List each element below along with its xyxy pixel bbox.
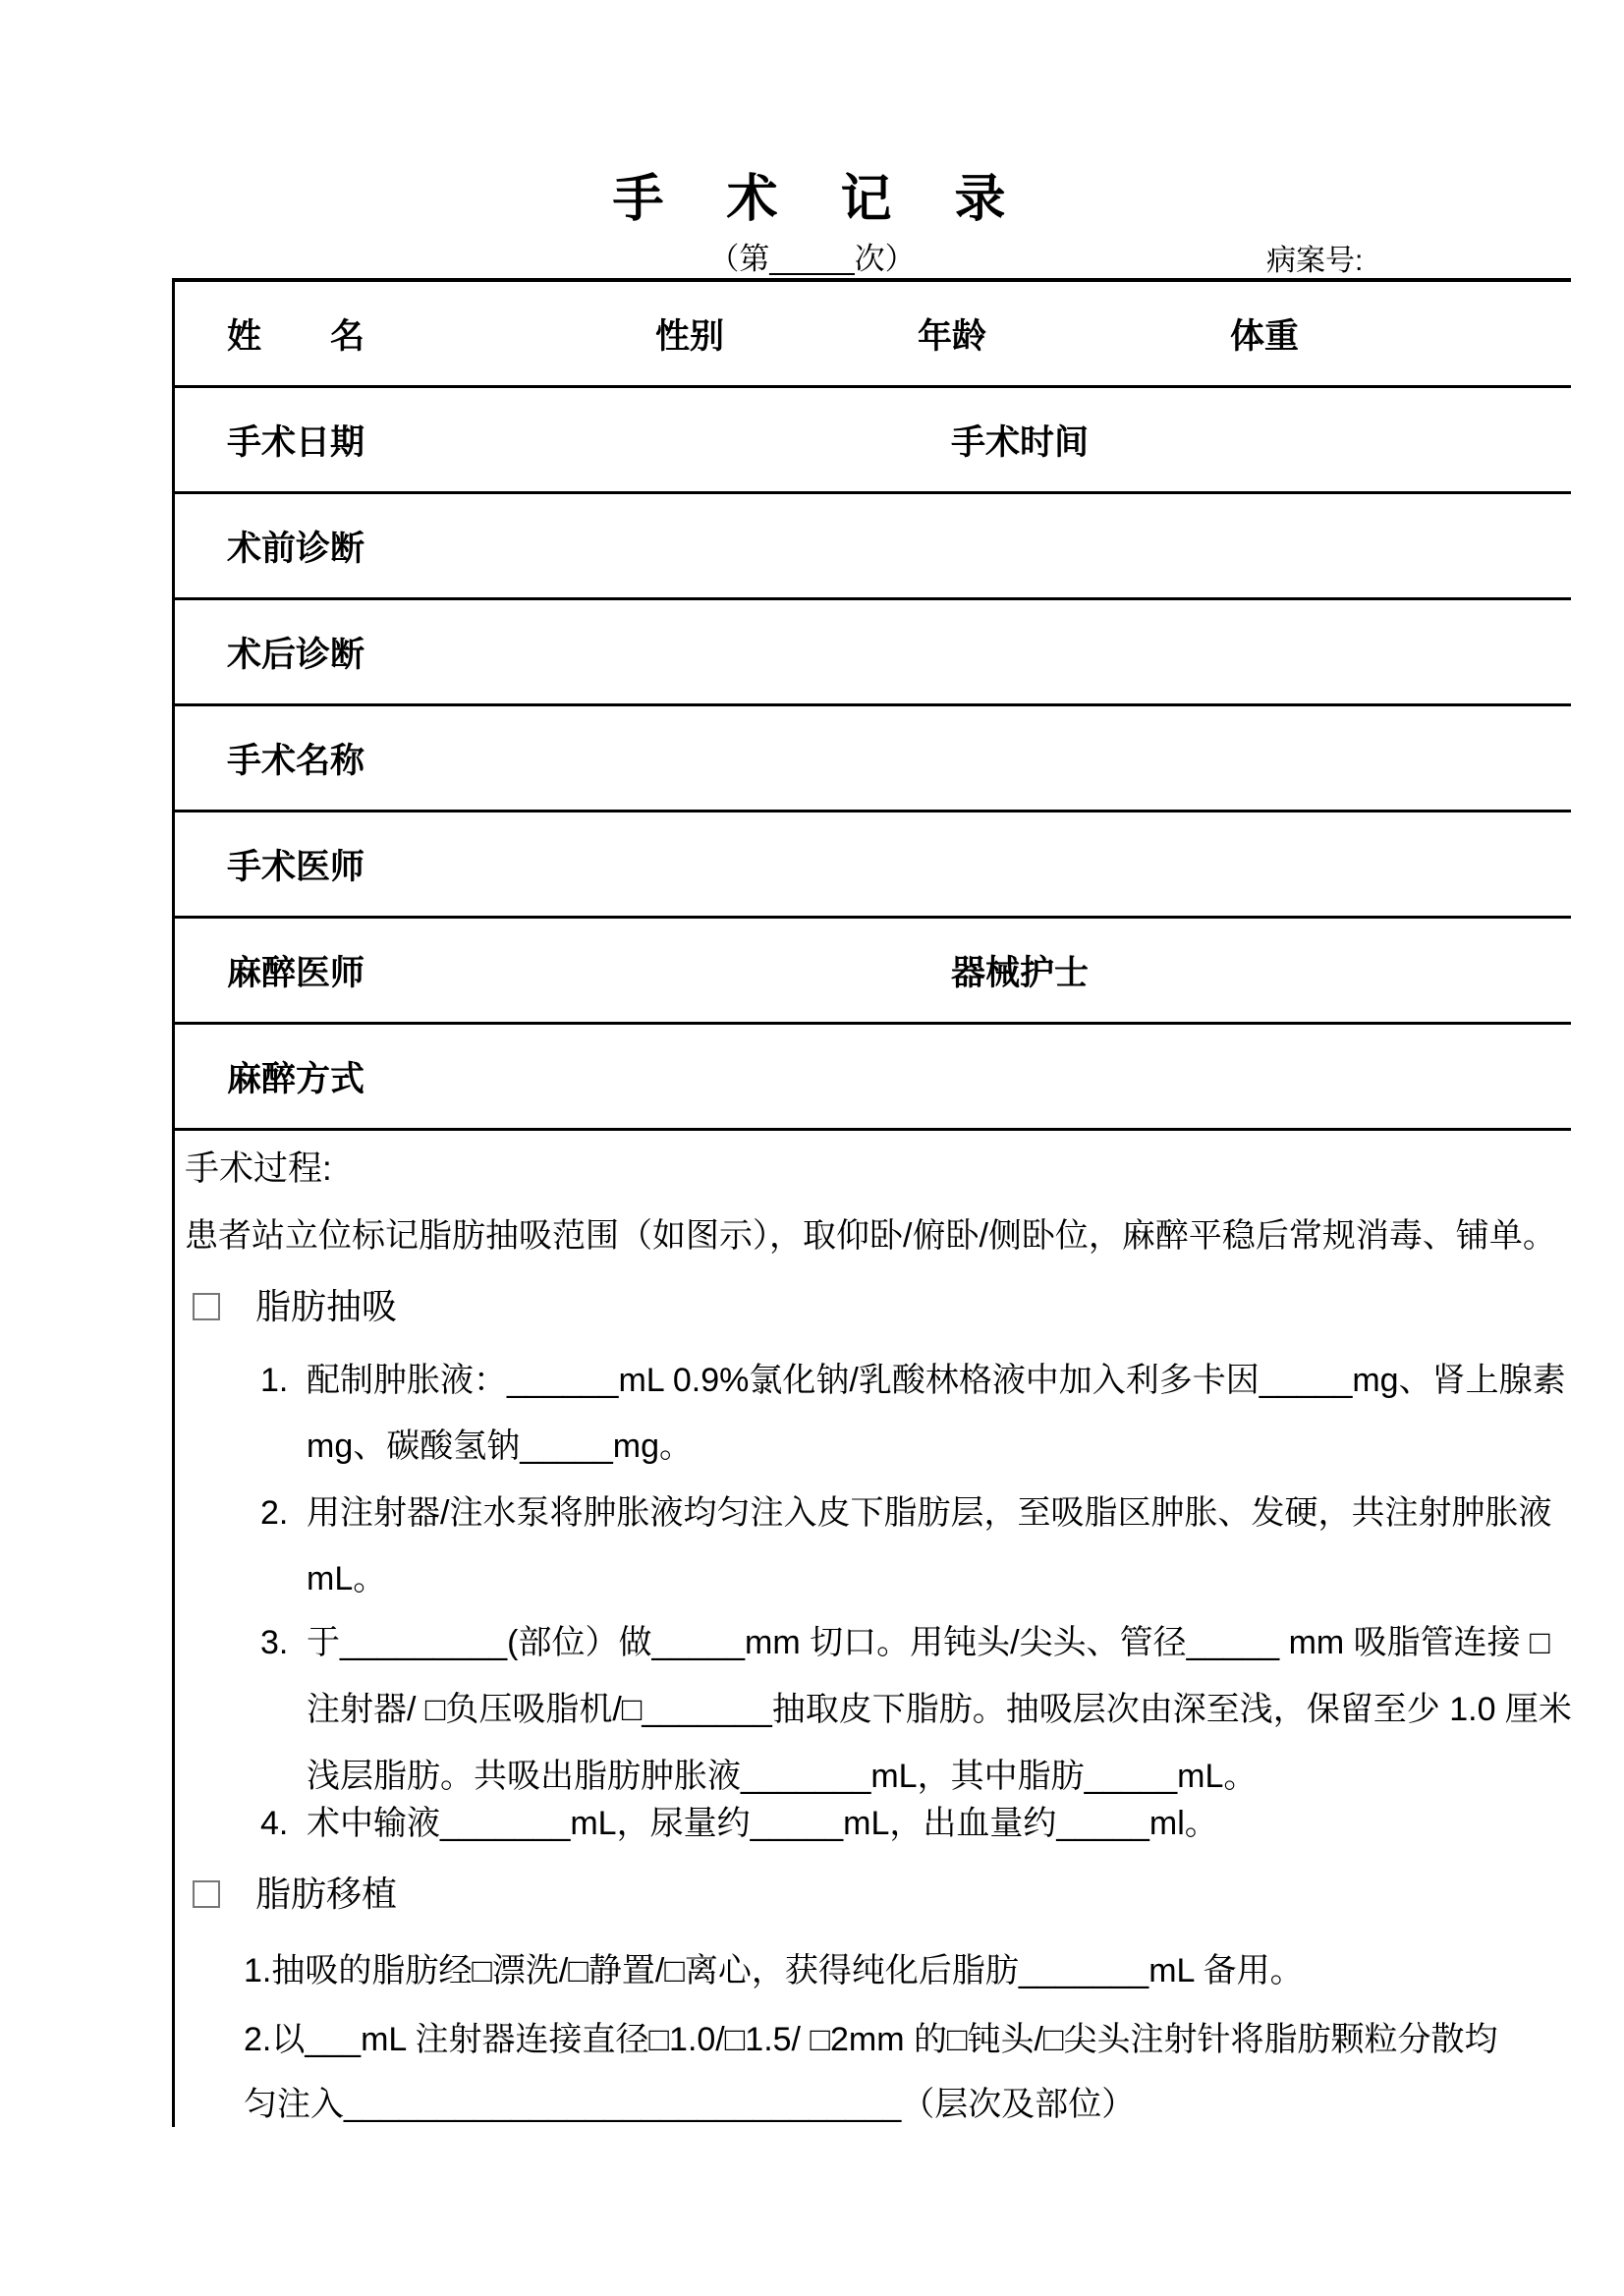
liposuction-item3-line1: 于_________(部位）做_____mm 切口。用钝头/尖头、管径_____…	[307, 1623, 1550, 1662]
gender-label: 性别	[655, 309, 724, 359]
table-row-postop-diagnosis: 术后诊断	[175, 600, 1571, 706]
liposuction-item1-line1: 配制肿胀液：______mL 0.9%氯化钠/乳酸林格液中加入利多卡因_____…	[307, 1361, 1566, 1400]
liposuction-item3-line3: 浅层脂肪。共吸出脂肪肿胀液_______mL，其中脂肪_____mL。	[307, 1757, 1257, 1796]
table-row-name-gender-age-weight: 姓 名 性别 年龄 体重	[175, 282, 1571, 388]
instrument-nurse-label: 器械护士	[951, 946, 1089, 995]
liposuction-item1-line2: mg、碳酸氢钠_____mg。	[307, 1427, 693, 1466]
weight-label: 体重	[1230, 309, 1299, 359]
surgery-date-label: 手术日期	[227, 416, 364, 465]
transplant-section-header: 脂肪移植	[193, 1875, 397, 1914]
transplant-section-title: 脂肪移植	[255, 1874, 397, 1914]
liposuction-item2-line2: mL。	[307, 1559, 386, 1598]
list-item-number: 2.	[260, 1493, 288, 1533]
table-row-surgery-name: 手术名称	[175, 706, 1571, 812]
anesthetist-label: 麻醉医师	[227, 946, 364, 995]
preop-diagnosis-label: 术前诊断	[227, 522, 364, 571]
surgery-process-section: 手术过程: 患者站立位标记脂肪抽吸范围（如图示），取仰卧/俯卧/侧卧位，麻醉平稳…	[172, 1127, 1571, 2127]
list-item-number: 3.	[260, 1623, 288, 1662]
liposuction-item3-line2: 注射器/ □负压吸脂机/□_______抽取皮下脂肪。抽吸层次由深至浅，保留至少…	[307, 1690, 1572, 1729]
list-item-number: 1.	[260, 1361, 288, 1400]
table-row-date-time: 手术日期 手术时间	[175, 388, 1571, 494]
surgical-record-document: 手 术 记 录 （第_____次） 病案号: 姓 名 性别 年龄 体重 手术日期…	[0, 0, 1624, 2296]
table-row-anesthesia-method: 麻醉方式	[175, 1025, 1571, 1131]
liposuction-item2-line1: 用注射器/注水泵将肿胀液均匀注入皮下脂肪层，至吸脂区肿胀、发硬，共注射肿胀液	[307, 1493, 1551, 1533]
liposuction-item4-line1: 术中输液_______mL，尿量约_____mL，出血量约_____ml。	[307, 1804, 1218, 1843]
age-label: 年龄	[918, 309, 986, 359]
anesthesia-method-label: 麻醉方式	[227, 1052, 364, 1101]
table-row-preop-diagnosis: 术前诊断	[175, 494, 1571, 600]
list-item-number: 4.	[260, 1804, 288, 1843]
transplant-item1-line: 1.抽吸的脂肪经□漂洗/□静置/□离心，获得纯化后脂肪_______mL 备用。	[244, 1951, 1304, 1990]
empty-checkbox-icon	[193, 1293, 220, 1320]
process-intro-text: 患者站立位标记脂肪抽吸范围（如图示），取仰卧/俯卧/侧卧位，麻醉平稳后常规消毒、…	[185, 1216, 1556, 1256]
liposuction-section-header: 脂肪抽吸	[193, 1287, 397, 1326]
page-title: 手 术 记 录	[0, 157, 1624, 231]
patient-info-table: 姓 名 性别 年龄 体重 手术日期 手术时间 术前诊断 术后诊断 手术名称 手术…	[172, 278, 1571, 1131]
postop-diagnosis-label: 术后诊断	[227, 628, 364, 677]
surgery-name-label: 手术名称	[227, 734, 364, 783]
transplant-item2-line1: 2.以___mL 注射器连接直径□1.0/□1.5/ □2mm 的□钝头/□尖头…	[244, 2020, 1498, 2059]
header-subtitle-row: （第_____次） 病案号:	[0, 234, 1624, 279]
surgeon-label: 手术医师	[227, 840, 364, 889]
name-label: 姓 名	[227, 309, 364, 359]
empty-checkbox-icon	[193, 1880, 220, 1908]
liposuction-section-title: 脂肪抽吸	[255, 1286, 397, 1326]
table-row-surgeon: 手术医师	[175, 812, 1571, 919]
record-number-label: 病案号:	[1266, 236, 1363, 279]
surgery-time-label: 手术时间	[951, 416, 1089, 465]
transplant-item2-line2: 匀注入______________________________（层次及部位）	[244, 2085, 1135, 2124]
surgery-count-blank: （第_____次）	[0, 234, 1624, 278]
table-row-anesthetist-nurse: 麻醉医师 器械护士	[175, 919, 1571, 1025]
process-heading: 手术过程:	[185, 1149, 332, 1189]
